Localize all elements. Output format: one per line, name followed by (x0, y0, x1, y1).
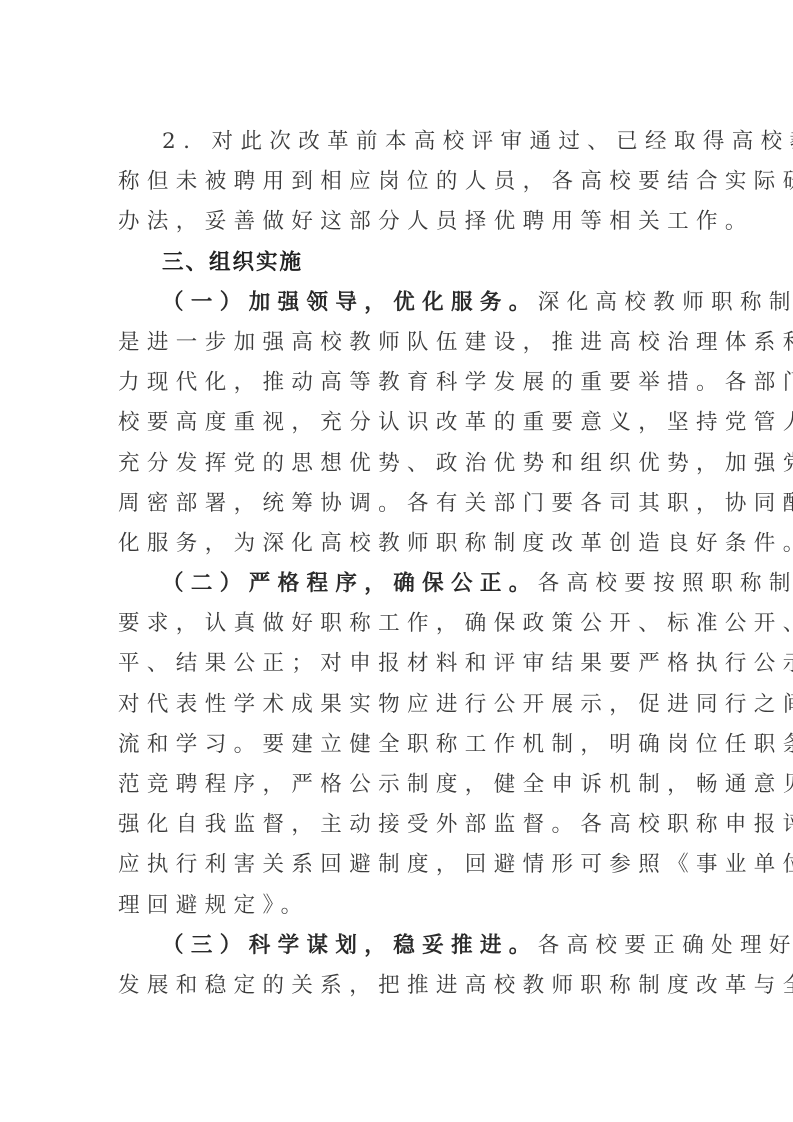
paragraph-line: 周密部署，统筹协调。各有关部门要各司其职，协同配合，优 (118, 484, 670, 524)
item-text: 各高校要正确处理好改革、 (538, 933, 793, 958)
item-text: 各高校要按照职称制度改革 (538, 571, 793, 596)
paragraph-line: 平、结果公正；对申报材料和评审结果要严格执行公示制度， (118, 644, 670, 684)
item-first-line: （三）科学谋划，稳妥推进。各高校要正确处理好改革、 (118, 926, 670, 966)
paragraph-line: 应执行利害关系回避制度，回避情形可参照《事业单位人事管 (118, 845, 670, 885)
item-text: 深化高校教师职称制度改革， (538, 290, 793, 315)
paragraph-line: 要求，认真做好职称工作，确保政策公开、标准公开、程序公 (118, 604, 670, 644)
paragraph-line: 2. 对此次改革前本高校评审通过、已经取得高校教师职 (118, 122, 670, 162)
paragraph-line: 化服务，为深化高校教师职称制度改革创造良好条件。 (118, 524, 670, 564)
item-lead: （一）加强领导，优化服务。 (162, 290, 538, 315)
paragraph-line: 称但未被聘用到相应岗位的人员，各高校要结合实际研究具体 (118, 162, 670, 202)
paragraph-line: 充分发挥党的思想优势、政治优势和组织优势，加强党的领导， (118, 444, 670, 484)
paragraph-line: 办法，妥善做好这部分人员择优聘用等相关工作。 (118, 202, 670, 242)
paragraph-line: 流和学习。要建立健全职称工作机制，明确岗位任职条件，规 (118, 725, 670, 765)
section-heading: 三、组织实施 (118, 243, 670, 283)
item-lead: （三）科学谋划，稳妥推进。 (162, 933, 538, 958)
document-page: 2. 对此次改革前本高校评审通过、已经取得高校教师职 称但未被聘用到相应岗位的人… (118, 122, 670, 1006)
paragraph-line: 力现代化，推动高等教育科学发展的重要举措。各部门、各高 (118, 363, 670, 403)
paragraph-line: 对代表性学术成果实物应进行公开展示，促进同行之间相互交 (118, 685, 670, 725)
paragraph-line: 范竞聘程序，严格公示制度，健全申诉机制，畅通意见渠道， (118, 765, 670, 805)
paragraph-line: 校要高度重视，充分认识改革的重要意义，坚持党管人才原则， (118, 403, 670, 443)
item-lead: （二）严格程序，确保公正。 (162, 571, 538, 596)
paragraph-line: 发展和稳定的关系，把推进高校教师职称制度改革与全面履行 (118, 966, 670, 1006)
item-first-line: （一）加强领导，优化服务。深化高校教师职称制度改革， (118, 283, 670, 323)
paragraph-line: 是进一步加强高校教师队伍建设，推进高校治理体系和治理能 (118, 323, 670, 363)
paragraph-line: 理回避规定》。 (118, 886, 670, 926)
item-first-line: （二）严格程序，确保公正。各高校要按照职称制度改革 (118, 564, 670, 604)
paragraph-line: 强化自我监督，主动接受外部监督。各高校职称申报评审工作 (118, 805, 670, 845)
